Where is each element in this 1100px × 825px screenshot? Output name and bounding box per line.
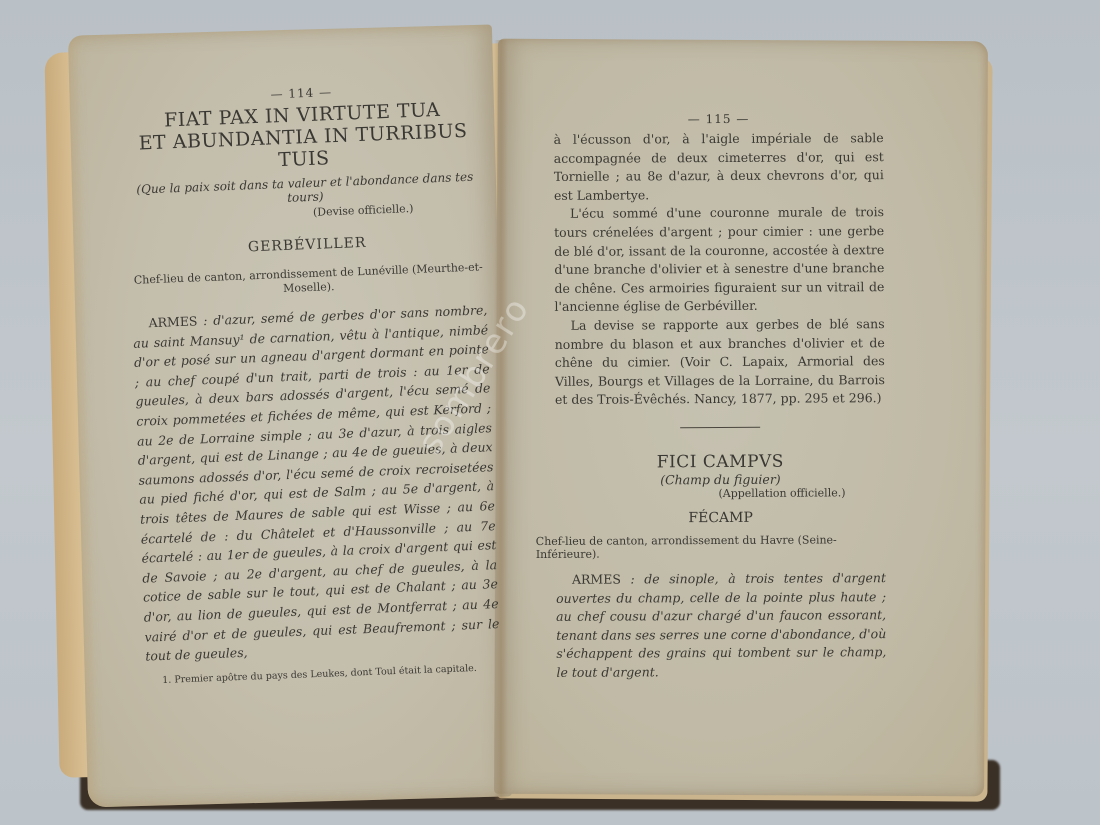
book-gutter <box>494 40 508 800</box>
arms-continuation: à l'écusson d'or, à l'aigle impériale de… <box>554 129 884 205</box>
motto-translation: (Champ du figuier) <box>555 471 885 488</box>
right-page-text: — 115 — à l'écusson d'or, à l'aigle impé… <box>554 111 887 682</box>
arms-paragraph: ARMES : d'azur, semé de gerbes d'or sans… <box>132 300 500 666</box>
place-description: Chef-lieu de canton, arrondissement de L… <box>131 260 487 302</box>
arms-label: ARMES <box>148 313 197 330</box>
motto: FICI CAMPVS <box>555 451 885 473</box>
arms-label: ARMES <box>572 571 621 586</box>
motto-explanation: La devise se rapporte aux gerbes de blé … <box>555 315 885 410</box>
section-divider <box>680 427 760 428</box>
page-number: — 115 — <box>554 111 884 127</box>
motto-source: (Appellation officielle.) <box>555 486 885 501</box>
place-heading: FÉCAMP <box>556 509 886 527</box>
arms-paragraph: ARMES : de sinople, à trois tentes d'arg… <box>556 569 887 682</box>
place-description: Chef-lieu de canton, arrondissement du H… <box>536 533 886 561</box>
crest-paragraph: L'écu sommé d'une couronne murale de tro… <box>554 204 885 317</box>
place-heading: GERBÉVILLER <box>130 230 485 260</box>
arms-text: : d'azur, semé de gerbes d'or sans nombr… <box>133 302 500 663</box>
motto: FIAT PAX IN VIRTUTE TUA ET ABUNDANTIA IN… <box>124 97 481 177</box>
